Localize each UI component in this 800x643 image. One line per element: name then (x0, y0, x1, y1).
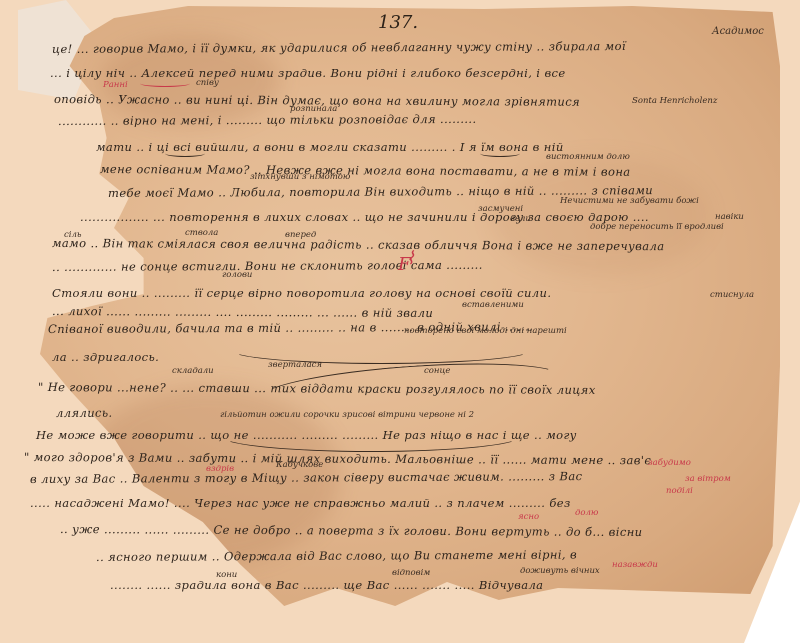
interlinear-note: Нечистими не забувати божі (560, 196, 699, 206)
interlinear-note: Ранні (103, 80, 128, 90)
manuscript-line: ..... насаджені Мамо! .... Через нас уже… (30, 496, 571, 510)
interlinear-note: забудимо (648, 458, 691, 468)
corner-note: Асадимос (712, 26, 764, 37)
interlinear-note: ясно (518, 512, 539, 522)
interlinear-note: назавжди (612, 560, 658, 570)
interlinear-note: за вітром (685, 474, 731, 484)
ink-underline (480, 150, 520, 157)
interlinear-note: Sonta Henricholenz (632, 96, 717, 106)
interlinear-note: вздрів (206, 464, 234, 474)
interlinear-note: голови (222, 270, 252, 280)
interlinear-note: доживуть вічних (520, 566, 600, 576)
manuscript-line: ............ .. вірно на мені, і .......… (58, 112, 477, 128)
interlinear-note: добре переносить її вродливі (590, 222, 724, 232)
interlinear-note: вистоянним долю (546, 152, 630, 162)
interlinear-note: відповім (392, 568, 430, 578)
red-pencil-mark: ⌇ (406, 248, 415, 269)
interlinear-note: стиснула (710, 290, 754, 300)
interlinear-note: співу (196, 78, 219, 88)
manuscript-line: ... лихої ...... ......... ......... ...… (52, 304, 433, 320)
interlinear-note: вставленими (462, 300, 524, 310)
interlinear-note: поділі (666, 486, 693, 496)
connector-arc (220, 420, 522, 452)
interlinear-note: складали (172, 366, 214, 376)
connector-arc (230, 336, 532, 364)
interlinear-note: зітхнувши з німотою (250, 172, 350, 182)
manuscript-line: .. ясного першим .. Одержала від Вас сло… (96, 547, 577, 564)
manuscript-line: ла .. здригалось. (52, 350, 159, 364)
interlinear-note: навіки (715, 212, 744, 222)
interlinear-note: розпинала (290, 104, 337, 114)
manuscript-line: .. ............. не сонце встигли. Вони … (52, 258, 483, 274)
interlinear-note: Кабучкове (276, 460, 323, 470)
manuscript-line: ................. ... повторення в лихих… (80, 210, 649, 224)
interlinear-note: ствола (185, 228, 218, 238)
manuscript-line: мене оспіваним Мамо? .. Невже вже ні мог… (100, 162, 631, 179)
interlinear-note: засмучені (478, 204, 523, 214)
manuscript-line: в лиху за Вас .. Валенти з тогу в Міщу .… (30, 469, 583, 486)
manuscript-line: це! ... говорив Мамо, і її думки, як уда… (52, 39, 626, 56)
interlinear-note: сіль (64, 230, 82, 240)
interlinear-note: гільйотин ожили сорочки зрисові вітрини … (220, 410, 474, 420)
manuscript-line: ллялись. (56, 406, 113, 420)
page-number: 137. (378, 12, 418, 33)
manuscript-line: ........ ...... зрадила вона в Вас .....… (110, 578, 543, 592)
interlinear-note: кони (216, 570, 237, 580)
red-underline (140, 80, 190, 87)
interlinear-note: долю (575, 508, 598, 518)
interlinear-note: повторено свої молоді дні нарешті (404, 326, 567, 336)
interlinear-note: вперед (285, 230, 316, 240)
manuscript-line: Стояли вони .. ......... її серце вірно … (52, 286, 551, 300)
interlinear-note: вели (510, 214, 531, 224)
manuscript-line: ... і цілу ніч .. Алексей перед ними зра… (50, 66, 566, 80)
ink-underline (165, 150, 205, 157)
